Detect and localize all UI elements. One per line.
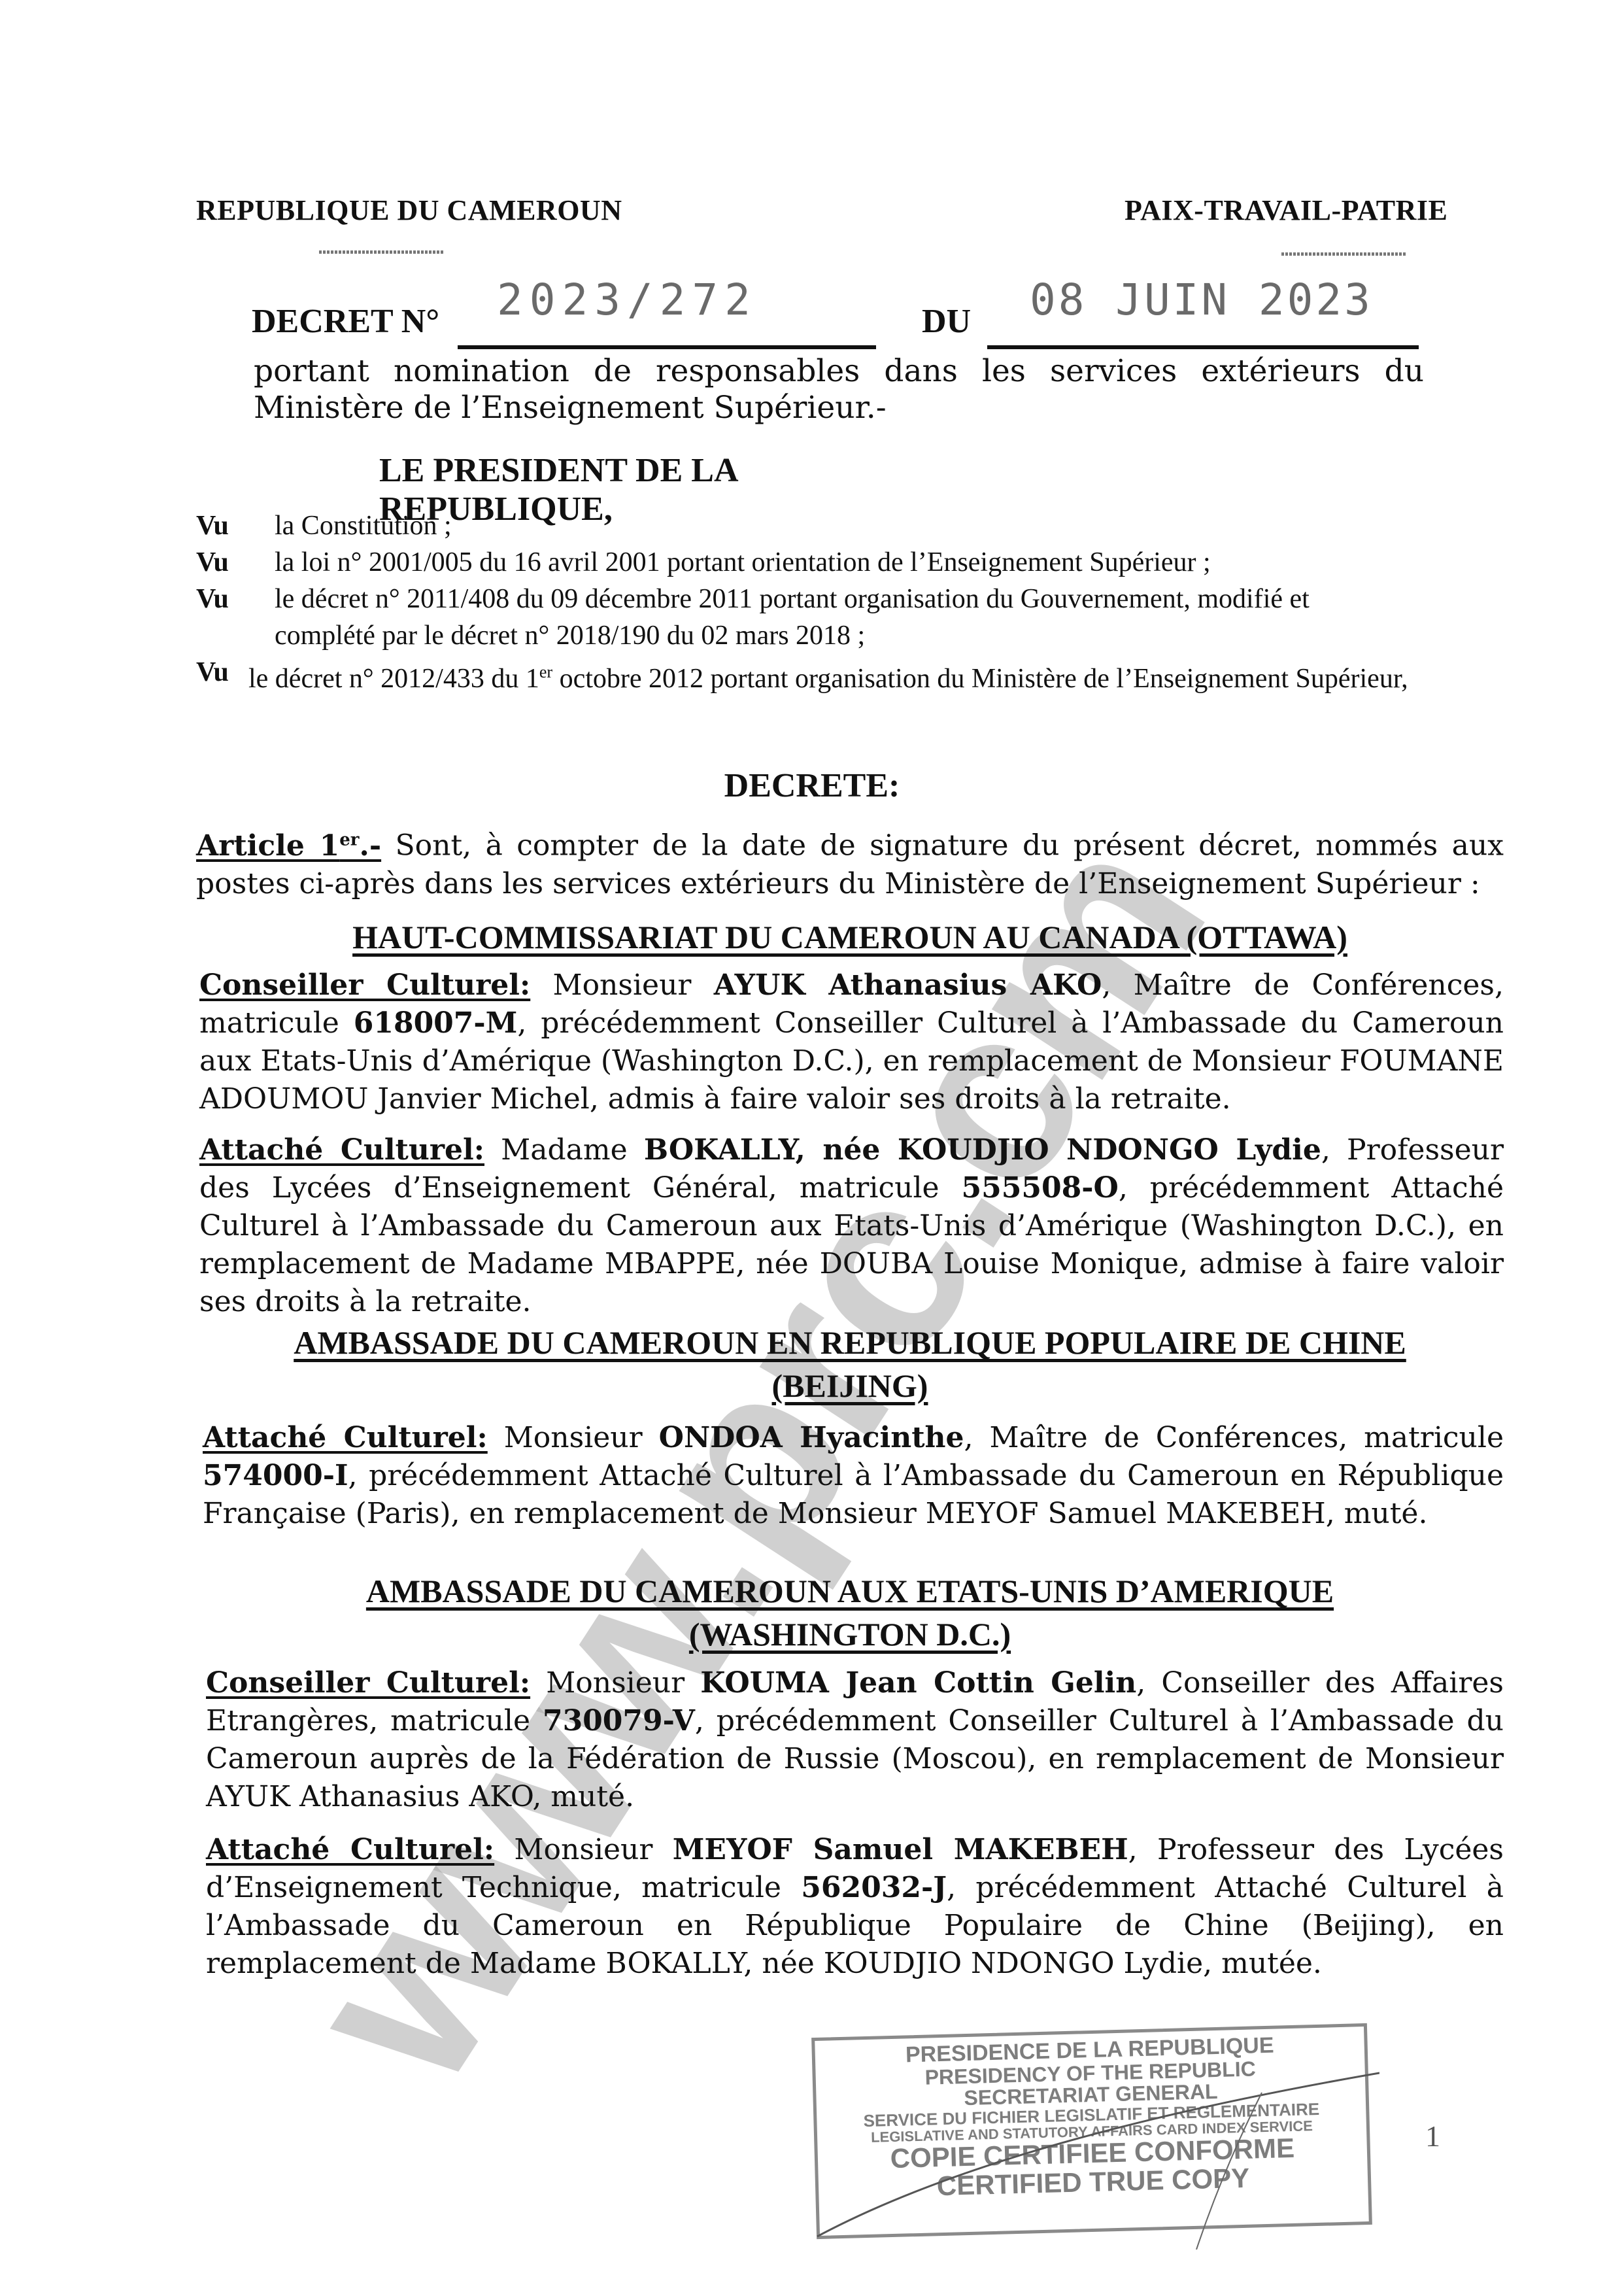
header-divider-right: [1281, 252, 1406, 256]
section-title-canada: HAUT-COMMISSARIAT DU CAMEROUN AU CANADA …: [196, 916, 1504, 959]
page-number: 1: [1425, 2119, 1440, 2153]
signature-stroke: [804, 2040, 1379, 2250]
visa-item: Vu la loi n° 2001/005 du 16 avril 2001 p…: [196, 544, 1497, 581]
appointment-bokally: Attaché Culturel: Madame BOKALLY, née KO…: [199, 1131, 1504, 1321]
visa-item: Vu le décret n° 2011/408 du 09 décembre …: [196, 581, 1497, 654]
appointment-kouma: Conseiller Culturel: Monsieur KOUMA Jean…: [206, 1664, 1504, 1816]
appointment-meyof: Attaché Culturel: Monsieur MEYOF Samuel …: [206, 1831, 1504, 1983]
decrete-heading: DECRETE:: [0, 766, 1624, 805]
visa-label: Vu: [196, 544, 275, 581]
decree-date-label: DU: [922, 302, 971, 341]
article-1: Article 1er.- Sont, à compter de la date…: [196, 821, 1504, 903]
visa-item: Vu la Constitution ;: [196, 507, 1497, 544]
appointment-ayuk: Conseiller Culturel: Monsieur AYUK Athan…: [199, 967, 1504, 1118]
decree-number-line: [458, 345, 876, 349]
visa-label: Vu: [196, 581, 275, 654]
visa-label: Vu: [196, 654, 248, 697]
article-1-text: Sont, à compter de la date de signature …: [196, 829, 1504, 900]
visa-item: Vu le décret n° 2012/433 du 1er octobre …: [196, 654, 1497, 697]
header-motto: PAIX-TRAVAIL-PATRIE: [1125, 194, 1447, 227]
visa-text: le décret n° 2011/408 du 09 décembre 201…: [275, 581, 1386, 654]
decree-number-label: DECRET N°: [252, 302, 439, 341]
visa-text: la Constitution ;: [275, 507, 452, 544]
decree-date-value: 08 JUIN 2023: [1030, 275, 1373, 325]
section-title-china: AMBASSADE DU CAMEROUN EN REPUBLIQUE POPU…: [196, 1321, 1504, 1407]
decree-subject: portant nomination de responsables dans …: [254, 353, 1424, 426]
decree-number-value: 2023/272: [497, 275, 757, 325]
article-1-label: Article 1er.-: [196, 829, 381, 863]
decree-date-line: [987, 345, 1419, 349]
visa-text: le décret n° 2012/433 du 1er octobre 201…: [248, 654, 1484, 697]
header-divider-left: [319, 250, 443, 254]
visas-list: Vu la Constitution ; Vu la loi n° 2001/0…: [196, 507, 1497, 697]
appointment-ondoa: Attaché Culturel: Monsieur ONDOA Hyacint…: [203, 1419, 1504, 1533]
visa-text: la loi n° 2001/005 du 16 avril 2001 port…: [275, 544, 1211, 581]
header-republic: REPUBLIQUE DU CAMEROUN: [196, 194, 622, 227]
visa-label: Vu: [196, 507, 275, 544]
section-title-usa: AMBASSADE DU CAMEROUN AUX ETATS-UNIS D’A…: [196, 1569, 1504, 1656]
